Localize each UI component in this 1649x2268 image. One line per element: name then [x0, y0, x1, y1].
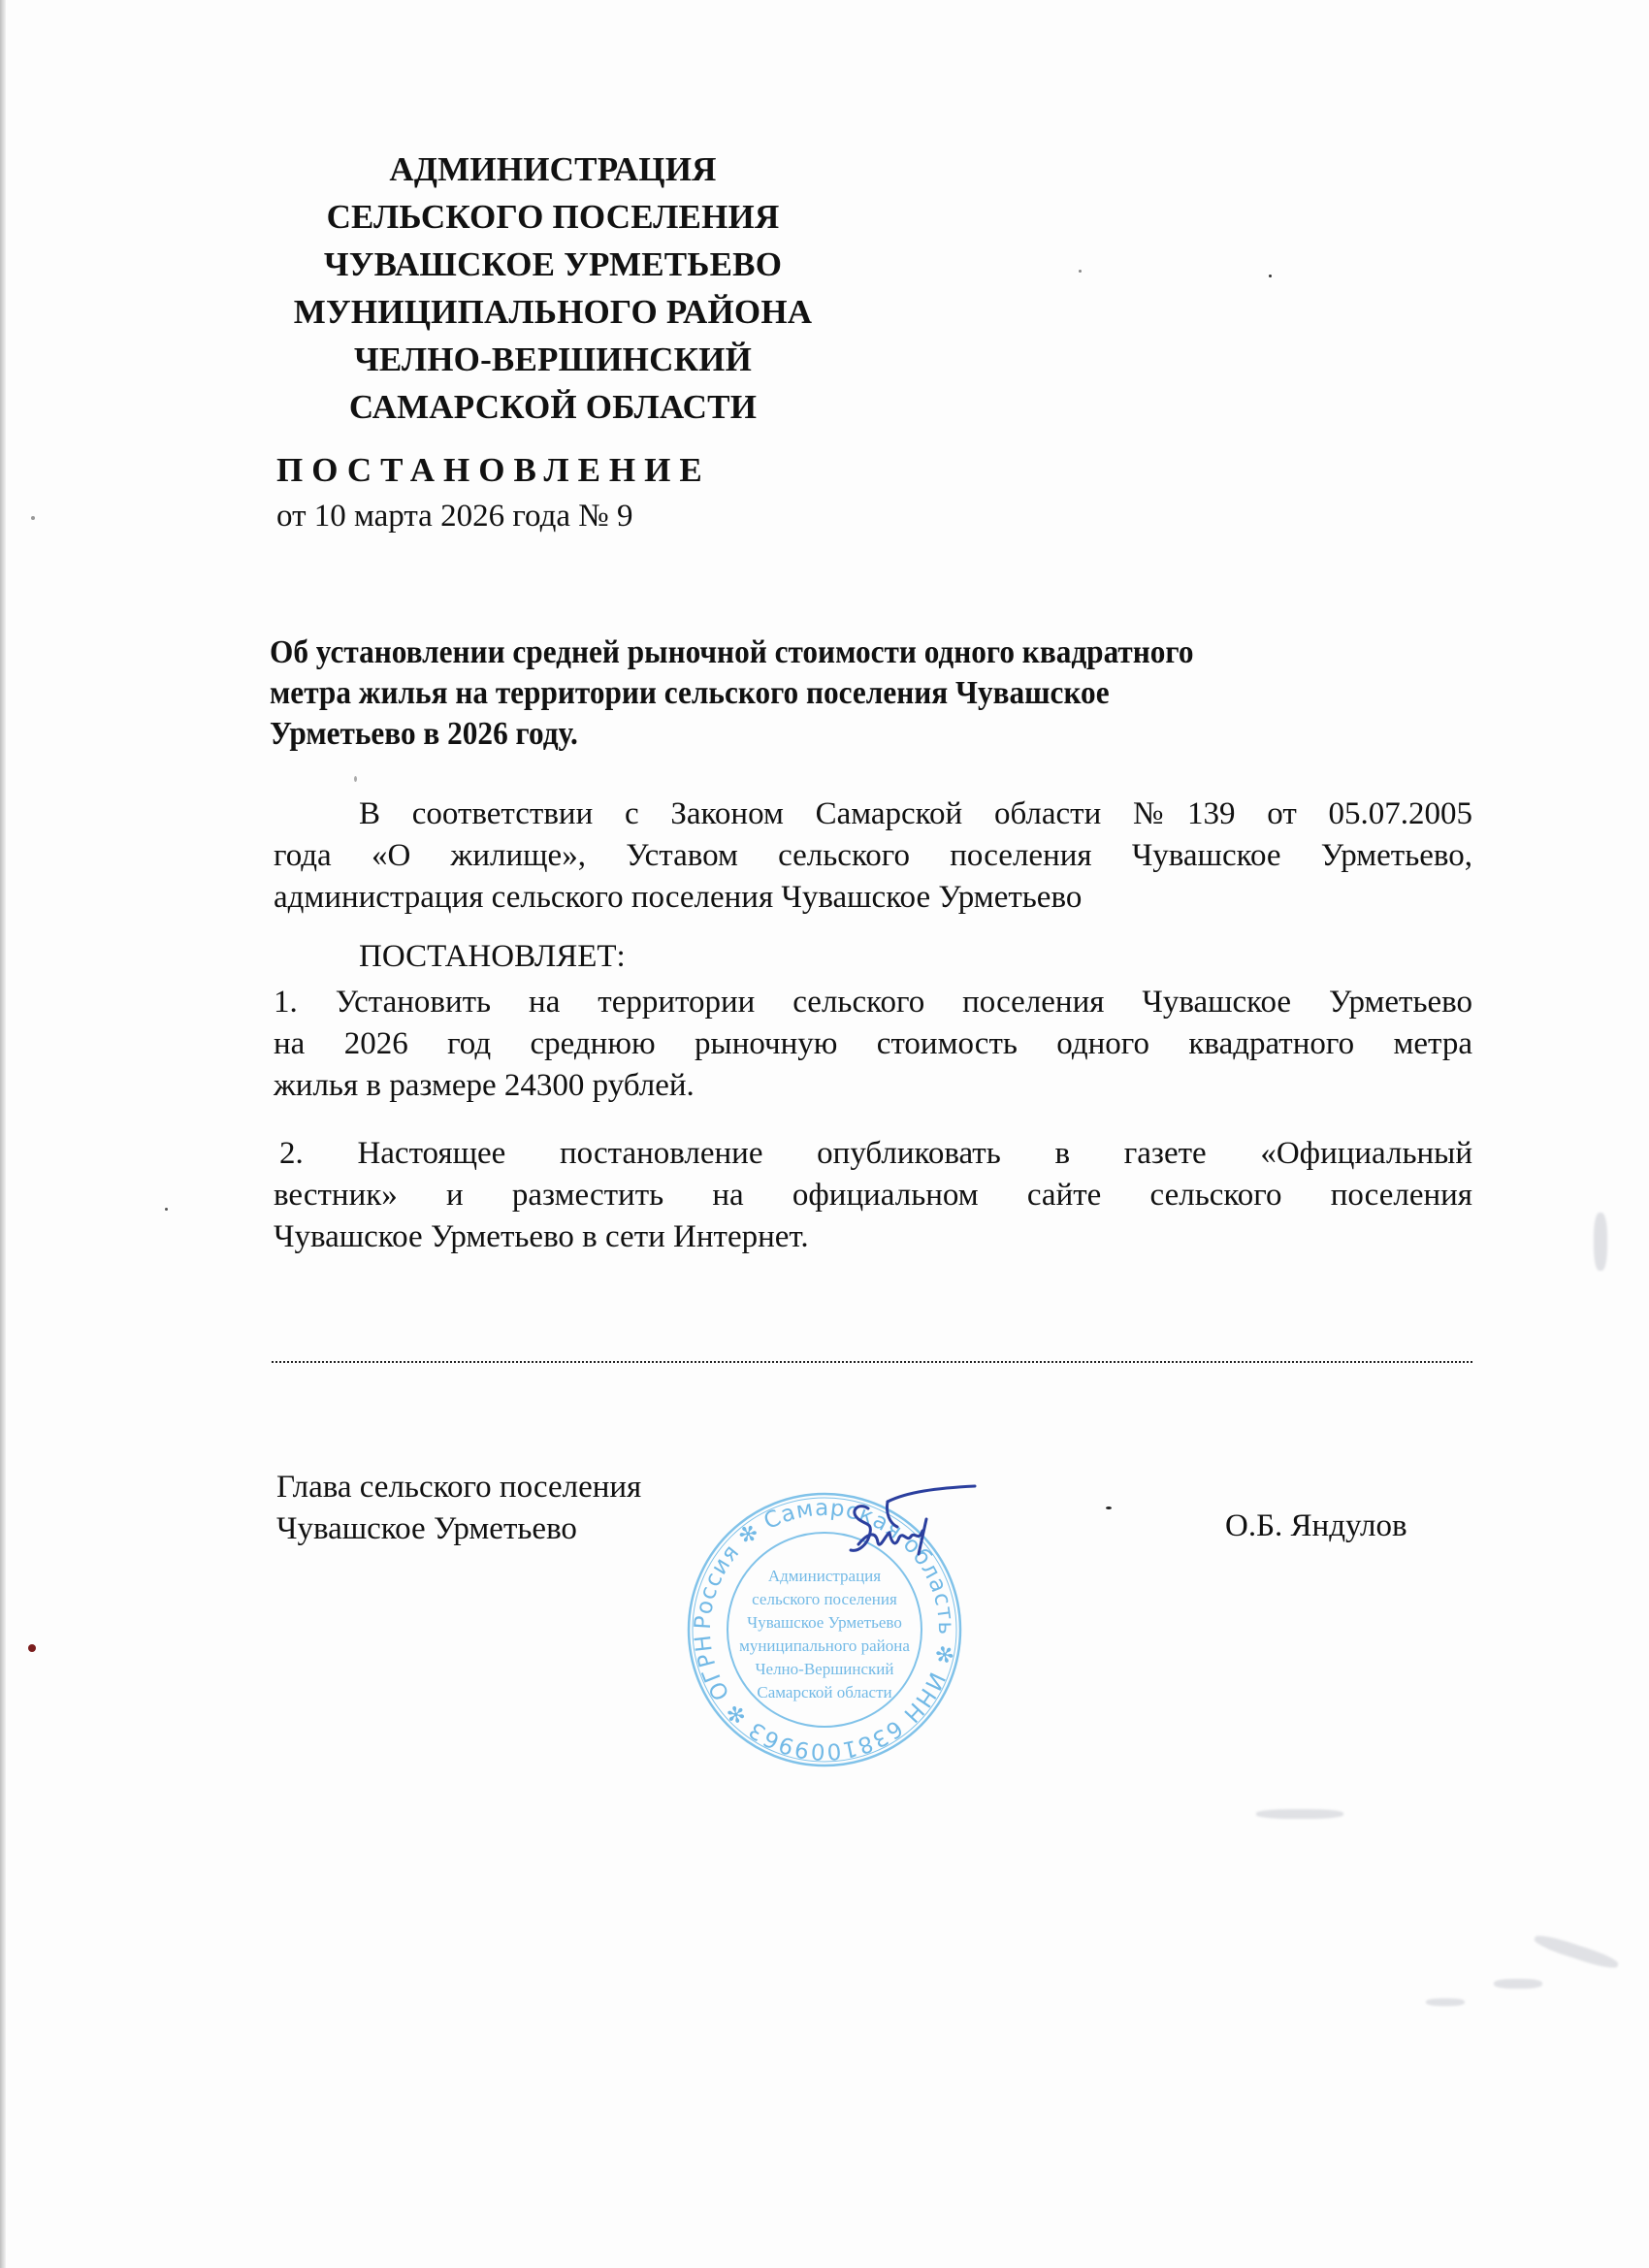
- subject-line: Об установлении средней рыночной стоимос…: [270, 632, 1376, 673]
- issuer-line: ЧУВАШСКОЕ УРМЕТЬЕВО: [252, 241, 854, 288]
- signatory-name: О.Б. Яндулов: [1225, 1508, 1407, 1544]
- issuer-line: АДМИНИСТРАЦИЯ: [252, 146, 854, 193]
- scan-smudge: [1256, 1809, 1343, 1819]
- scan-smudge: [1533, 1931, 1620, 1971]
- issuer-line: МУНИЦИПАЛЬНОГО РАЙОНА: [252, 288, 854, 336]
- issuer-line: САМАРСКОЙ ОБЛАСТИ: [252, 383, 854, 431]
- stamp-line: Чувашское Урметьево: [747, 1613, 902, 1632]
- scan-smudge: [1594, 1213, 1607, 1271]
- signatory-title: Глава сельского поселения Чувашское Урме…: [276, 1467, 641, 1550]
- scanned-document-page: АДМИНИСТРАЦИЯ СЕЛЬСКОГО ПОСЕЛЕНИЯ ЧУВАШС…: [0, 0, 1649, 2268]
- issuer-line: ЧЕЛНО-ВЕРШИНСКИЙ: [252, 336, 854, 383]
- document-date-number: от 10 марта 2026 года № 9: [276, 499, 633, 535]
- issuer-line: СЕЛЬСКОГО ПОСЕЛЕНИЯ: [252, 193, 854, 241]
- scan-edge-shadow: [0, 0, 6, 2268]
- issuer-header: АДМИНИСТРАЦИЯ СЕЛЬСКОГО ПОСЕЛЕНИЯ ЧУВАШС…: [252, 146, 854, 431]
- item-line: 2. Настоящее постановление опубликовать …: [274, 1133, 1472, 1175]
- scan-speck: [1269, 275, 1272, 277]
- item-line: жилья в размере 24300 рублей.: [274, 1065, 1472, 1107]
- stamp-line: Челно-Вершинский: [755, 1660, 893, 1678]
- resolution-item-1: 1. Установить на территории сельского по…: [274, 982, 1472, 1107]
- scan-speck: [354, 776, 357, 782]
- stamp-line: муниципального района: [739, 1636, 910, 1655]
- document-type-title: ПОСТАНОВЛЕНИЕ: [276, 451, 711, 490]
- signatory-title-line: Чувашское Урметьево: [276, 1508, 641, 1550]
- basis-paragraph: В соответствии с Законом Самарской облас…: [274, 794, 1472, 919]
- document-subject: Об установлении средней рыночной стоимос…: [270, 632, 1376, 755]
- subject-line: метра жилья на территории сельского посе…: [270, 673, 1376, 714]
- resolves-heading: ПОСТАНОВЛЯЕТ:: [359, 939, 626, 975]
- handwritten-signature-icon: [829, 1484, 1004, 1581]
- basis-line: В соответствии с Законом Самарской облас…: [274, 794, 1472, 835]
- scan-speck: [1079, 270, 1082, 273]
- scan-speck: [1106, 1507, 1112, 1509]
- subject-line: Урметьево в 2026 году.: [270, 714, 1376, 755]
- scan-smudge: [1426, 1998, 1465, 2006]
- dotted-divider: [272, 1361, 1472, 1363]
- item-line: Чувашское Урметьево в сети Интернет.: [274, 1216, 1472, 1258]
- scan-speck: [31, 516, 35, 520]
- item-line: вестник» и разместить на официальном сай…: [274, 1175, 1472, 1216]
- stamp-line: сельского поселения: [752, 1590, 897, 1608]
- item-line: 1. Установить на территории сельского по…: [274, 982, 1472, 1023]
- scan-speck: [165, 1208, 168, 1211]
- basis-line: года «О жилище», Уставом сельского посел…: [274, 835, 1472, 877]
- signatory-title-line: Глава сельского поселения: [276, 1467, 641, 1508]
- resolution-item-2: 2. Настоящее постановление опубликовать …: [274, 1133, 1472, 1258]
- scan-speck: [28, 1644, 36, 1652]
- basis-line: администрация сельского поселения Чувашс…: [274, 877, 1472, 919]
- item-line: на 2026 год среднюю рыночную стоимость о…: [274, 1023, 1472, 1065]
- stamp-line: Самарской области: [757, 1683, 891, 1701]
- scan-smudge: [1494, 1979, 1542, 1989]
